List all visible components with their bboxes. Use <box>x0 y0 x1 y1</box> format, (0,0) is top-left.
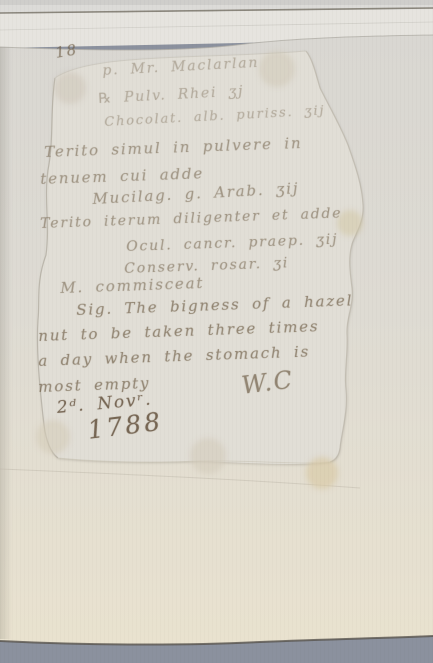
stain-bottom-left <box>36 420 70 454</box>
stain-bottom-right <box>306 457 338 489</box>
manuscript-photo: 18 p. Mr. Maclarlan ℞ Pulv. Rhei ʒj Choc… <box>0 0 433 663</box>
stain-top-right <box>259 51 295 87</box>
stain-top-left <box>54 72 86 104</box>
page-left-shadow <box>0 47 12 639</box>
page-number: 18 <box>54 40 79 61</box>
stain-bottom-center <box>190 438 226 474</box>
